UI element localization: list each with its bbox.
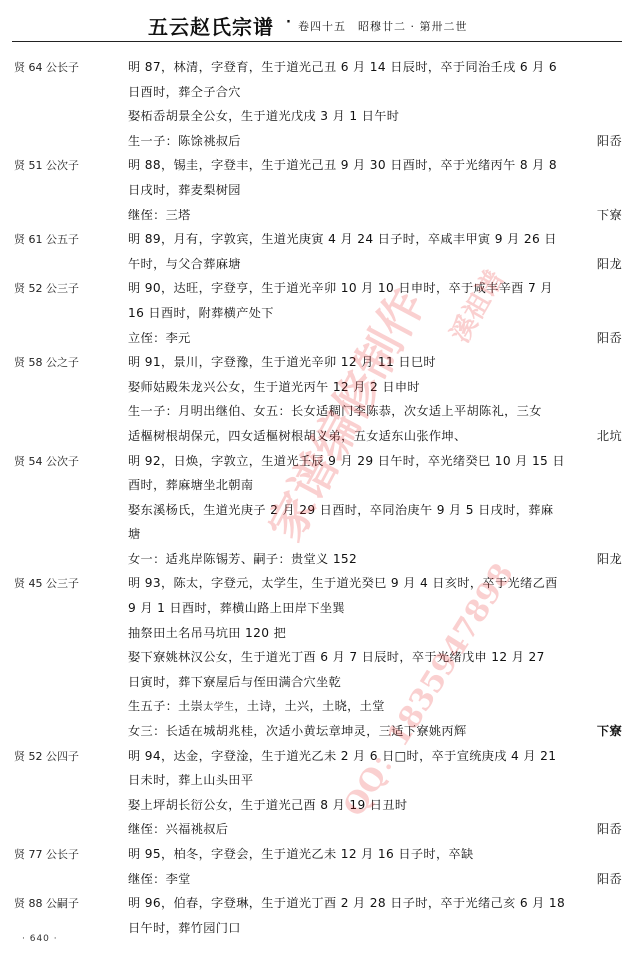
residence-location: 下寮	[597, 203, 622, 228]
entry-body: 明 88，锡圭，字登丰，生于道光己丑 9 月 30 日酉时，卒于光绪丙午 8 月…	[128, 153, 622, 227]
entry-line: 日戌时，葬麦梨树园	[128, 178, 622, 203]
entry-line-text: 明 89，月有，字敦宾，生道光庚寅 4 月 24 日子时，卒咸丰甲寅 9 月 2…	[128, 232, 557, 246]
entry-line: 塘	[128, 522, 622, 547]
entry-line-text: 塘	[128, 527, 141, 541]
entry-line: 明 92，日焕，字敦立，生道光壬辰 9 月 29 日午时，卒光绪癸巳 10 月 …	[128, 449, 622, 474]
entry-line-text: 生一子：陈馀祧叔后	[128, 134, 241, 148]
entry-line: 酉时，葬麻塘坐北朝南	[128, 473, 622, 498]
genealogy-entry: 贤 88 公嗣子明 96，伯春，字登琳，生于道光丁酉 2 月 28 日子时，卒于…	[0, 891, 635, 940]
entry-line-text: 明 90，达旺，字登亨，生于道光辛卯 10 月 10 日申时，卒于咸丰辛酉 7 …	[128, 281, 553, 295]
entry-line-text: 酉时，葬麻塘坐北朝南	[128, 478, 253, 492]
entry-line: 继侄：三塔下寮	[128, 203, 622, 228]
entry-line: 日未时，葬上山头田平	[128, 768, 622, 793]
entry-body: 明 93，陈太，字登元，太学生，生于道光癸巳 9 月 4 日亥时，卒于光绪乙酉9…	[128, 571, 622, 743]
residence-location: 北坑	[597, 424, 622, 449]
genealogy-entry: 贤 58 公之子明 91，景川，字登豫，生于道光辛卯 12 月 11 日巳时娶师…	[0, 350, 635, 448]
entry-body: 明 91，景川，字登豫，生于道光辛卯 12 月 11 日巳时娶师姑殿朱龙兴公女，…	[128, 350, 622, 448]
entry-line-text: 继侄：李堂	[128, 872, 191, 886]
entry-line-annotation: 太学生	[203, 702, 234, 713]
page-number: · 640 ·	[22, 934, 58, 944]
entry-line: 明 88，锡圭，字登丰，生于道光己丑 9 月 30 日酉时，卒于光绪丙午 8 月…	[128, 153, 622, 178]
entry-line-text-cont: ，土诗，土兴，土晓，土堂	[234, 699, 384, 713]
entry-lineage-label: 贤 64 公长子	[14, 55, 79, 80]
entry-line-text: 娶上坪胡长衍公女，生于道光己酉 8 月 19 日丑时	[128, 798, 407, 812]
entry-line: 9 月 1 日酉时，葬横山路上田岸下坐巽	[128, 596, 622, 621]
entry-lineage-label: 贤 61 公五子	[14, 227, 79, 252]
entry-lineage-label: 贤 54 公次子	[14, 449, 79, 474]
entry-lineage-label: 贤 52 公四子	[14, 744, 79, 769]
entry-line: 生五子：土崇太学生，土诗，土兴，土晓，土堂	[128, 694, 622, 719]
entry-line-text: 女三：长适在城胡兆桂，次适小黄坛章坤灵，三适下寮姚丙辉	[128, 724, 467, 738]
entry-line-text: 日未时，葬上山头田平	[128, 773, 253, 787]
entry-line: 日酉时，葬仝子合穴	[128, 80, 622, 105]
genealogy-title: 五云赵氏宗谱	[148, 11, 274, 40]
entry-line-text: 明 95，柏冬，字登会，生于道光乙未 12 月 16 日子时，卒缺	[128, 847, 474, 861]
genealogy-entry: 贤 52 公四子明 94，达金，字登淦，生于道光乙未 2 月 6 日□时，卒于宣…	[0, 744, 635, 842]
entry-line-text: 午时，与父合葬麻塘	[128, 257, 241, 271]
genealogy-entry: 贤 64 公长子明 87，林清，字登育，生于道光己丑 6 月 14 日辰时，卒于…	[0, 55, 635, 153]
entry-line: 娶柘岙胡景全公女，生于道光戊戌 3 月 1 日午时	[128, 104, 622, 129]
entry-line: 立侄：李元阳岙	[128, 326, 622, 351]
header-divider	[12, 41, 622, 42]
page-header: 五云赵氏宗谱 · 卷四十五 昭穆廿二 · 第卅二世	[0, 0, 635, 42]
entry-line: 明 87，林清，字登育，生于道光己丑 6 月 14 日辰时，卒于同治壬戌 6 月…	[128, 55, 622, 80]
entry-body: 明 95，柏冬，字登会，生于道光乙未 12 月 16 日子时，卒缺继侄：李堂阳岙	[128, 842, 622, 891]
entry-body: 明 87，林清，字登育，生于道光己丑 6 月 14 日辰时，卒于同治壬戌 6 月…	[128, 55, 622, 153]
entry-line: 生一子：陈馀祧叔后阳岙	[128, 129, 622, 154]
genealogy-entry: 贤 51 公次子明 88，锡圭，字登丰，生于道光己丑 9 月 30 日酉时，卒于…	[0, 153, 635, 227]
entry-lineage-label: 贤 51 公次子	[14, 153, 79, 178]
entry-line: 娶师姑殿朱龙兴公女，生于道光丙午 12 月 2 日申时	[128, 375, 622, 400]
entry-line: 抽祭田土名吊马坑田 120 把	[128, 621, 622, 646]
entry-line-text: 娶下寮姚林汉公女，生于道光丁酉 6 月 7 日辰时，卒于光绪戊申 12 月 27	[128, 650, 545, 664]
entry-line: 继侄：李堂阳岙	[128, 867, 622, 892]
entry-line-text: 明 96，伯春，字登琳，生于道光丁酉 2 月 28 日子时，卒于光绪己亥 6 月…	[128, 896, 565, 910]
entry-line: 明 96，伯春，字登琳，生于道光丁酉 2 月 28 日子时，卒于光绪己亥 6 月…	[128, 891, 622, 916]
entry-line: 日寅时，葬下寮屋后与侄田满合穴坐乾	[128, 670, 622, 695]
entry-line: 日午时，葬竹园门口	[128, 916, 622, 941]
entry-line-text: 生一子：月明出继伯、女五：长女适稠门李陈恭，次女适上平胡陈礼，三女	[128, 404, 542, 418]
entry-line: 明 94，达金，字登淦，生于道光乙未 2 月 6 日□时，卒于宣统庚戌 4 月 …	[128, 744, 622, 769]
entry-line: 明 89，月有，字敦宾，生道光庚寅 4 月 24 日子时，卒咸丰甲寅 9 月 2…	[128, 227, 622, 252]
entry-line: 继侄：兴福祧叔后阳岙	[128, 817, 622, 842]
entry-lineage-label: 贤 88 公嗣子	[14, 891, 79, 916]
entry-lineage-label: 贤 52 公三子	[14, 276, 79, 301]
entry-line-text: 明 87，林清，字登育，生于道光己丑 6 月 14 日辰时，卒于同治壬戌 6 月…	[128, 60, 557, 74]
entry-line-text: 适樞树根胡保元，四女适樞树根胡义弟，五女适东山张作坤、	[128, 429, 467, 443]
entry-line-text: 继侄：三塔	[128, 208, 191, 222]
residence-location: 阳岙	[597, 129, 622, 154]
genealogy-entry: 贤 45 公三子明 93，陈太，字登元，太学生，生于道光癸巳 9 月 4 日亥时…	[0, 571, 635, 743]
entry-line: 女三：长适在城胡兆桂，次适小黄坛章坤灵，三适下寮姚丙辉下寮	[128, 719, 622, 744]
residence-location: 阳岙	[597, 867, 622, 892]
entry-line-text: 明 88，锡圭，字登丰，生于道光己丑 9 月 30 日酉时，卒于光绪丙午 8 月…	[128, 158, 557, 172]
entry-line-text: 娶东溪杨氏，生道光庚子 2 月 29 日酉时，卒同治庚午 9 月 5 日戌时，葬…	[128, 503, 553, 517]
entry-line-text: 明 92，日焕，字敦立，生道光壬辰 9 月 29 日午时，卒光绪癸巳 10 月 …	[128, 454, 565, 468]
genealogy-entries: 贤 64 公长子明 87，林清，字登育，生于道光己丑 6 月 14 日辰时，卒于…	[0, 55, 635, 940]
entry-line: 娶下寮姚林汉公女，生于道光丁酉 6 月 7 日辰时，卒于光绪戊申 12 月 27	[128, 645, 622, 670]
entry-line: 娶上坪胡长衍公女，生于道光己酉 8 月 19 日丑时	[128, 793, 622, 818]
entry-line-text: 日午时，葬竹园门口	[128, 921, 241, 935]
residence-location: 下寮	[597, 719, 622, 744]
entry-body: 明 94，达金，字登淦，生于道光乙未 2 月 6 日□时，卒于宣统庚戌 4 月 …	[128, 744, 622, 842]
entry-line: 明 93，陈太，字登元，太学生，生于道光癸巳 9 月 4 日亥时，卒于光绪乙酉	[128, 571, 622, 596]
entry-line: 16 日酉时，附葬横产处下	[128, 301, 622, 326]
entry-line-text: 日酉时，葬仝子合穴	[128, 85, 241, 99]
genealogy-entry: 贤 77 公长子明 95，柏冬，字登会，生于道光乙未 12 月 16 日子时，卒…	[0, 842, 635, 891]
residence-location: 阳岙	[597, 817, 622, 842]
genealogy-entry: 贤 54 公次子明 92，日焕，字敦立，生道光壬辰 9 月 29 日午时，卒光绪…	[0, 449, 635, 572]
entry-body: 明 90，达旺，字登亨，生于道光辛卯 10 月 10 日申时，卒于咸丰辛酉 7 …	[128, 276, 622, 350]
entry-line-text: 继侄：兴福祧叔后	[128, 822, 228, 836]
entry-line-text: 日寅时，葬下寮屋后与侄田满合穴坐乾	[128, 675, 341, 689]
entry-line-text: 娶师姑殿朱龙兴公女，生于道光丙午 12 月 2 日申时	[128, 380, 420, 394]
entry-line: 明 90，达旺，字登亨，生于道光辛卯 10 月 10 日申时，卒于咸丰辛酉 7 …	[128, 276, 622, 301]
entry-line: 适樞树根胡保元，四女适樞树根胡义弟，五女适东山张作坤、北坑	[128, 424, 622, 449]
entry-line: 明 91，景川，字登豫，生于道光辛卯 12 月 11 日巳时	[128, 350, 622, 375]
residence-location: 阳龙	[597, 547, 622, 572]
entry-line-text: 明 91，景川，字登豫，生于道光辛卯 12 月 11 日巳时	[128, 355, 436, 369]
genealogy-entry: 贤 61 公五子明 89，月有，字敦宾，生道光庚寅 4 月 24 日子时，卒咸丰…	[0, 227, 635, 276]
entry-line: 女一：适兆岸陈锡芳、嗣子：贵堂义 152阳龙	[128, 547, 622, 572]
entry-line-text: 抽祭田土名吊马坑田 120 把	[128, 626, 286, 640]
entry-line-text: 明 93，陈太，字登元，太学生，生于道光癸巳 9 月 4 日亥时，卒于光绪乙酉	[128, 576, 558, 590]
entry-line: 生一子：月明出继伯、女五：长女适稠门李陈恭，次女适上平胡陈礼，三女	[128, 399, 622, 424]
title-separator-dot: ·	[286, 15, 291, 30]
entry-line: 午时，与父合葬麻塘阳龙	[128, 252, 622, 277]
entry-line-text: 16 日酉时，附葬横产处下	[128, 306, 274, 320]
entry-line-text: 9 月 1 日酉时，葬横山路上田岸下坐巽	[128, 601, 345, 615]
entry-line: 娶东溪杨氏，生道光庚子 2 月 29 日酉时，卒同治庚午 9 月 5 日戌时，葬…	[128, 498, 622, 523]
entry-lineage-label: 贤 58 公之子	[14, 350, 79, 375]
entry-line-text: 娶柘岙胡景全公女，生于道光戊戌 3 月 1 日午时	[128, 109, 399, 123]
entry-line-text: 生五子：土崇	[128, 699, 203, 713]
entry-line-text: 立侄：李元	[128, 331, 191, 345]
entry-body: 明 96，伯春，字登琳，生于道光丁酉 2 月 28 日子时，卒于光绪己亥 6 月…	[128, 891, 622, 940]
entry-line-text: 女一：适兆岸陈锡芳、嗣子：贵堂义 152	[128, 552, 357, 566]
volume-subtitle: 卷四十五 昭穆廿二 · 第卅二世	[298, 18, 468, 34]
genealogy-entry: 贤 52 公三子明 90，达旺，字登亨，生于道光辛卯 10 月 10 日申时，卒…	[0, 276, 635, 350]
residence-location: 阳岙	[597, 326, 622, 351]
entry-lineage-label: 贤 45 公三子	[14, 571, 79, 596]
entry-body: 明 89，月有，字敦宾，生道光庚寅 4 月 24 日子时，卒咸丰甲寅 9 月 2…	[128, 227, 622, 276]
entry-body: 明 92，日焕，字敦立，生道光壬辰 9 月 29 日午时，卒光绪癸巳 10 月 …	[128, 449, 622, 572]
entry-line-text: 明 94，达金，字登淦，生于道光乙未 2 月 6 日□时，卒于宣统庚戌 4 月 …	[128, 749, 556, 763]
entry-lineage-label: 贤 77 公长子	[14, 842, 79, 867]
entry-line: 明 95，柏冬，字登会，生于道光乙未 12 月 16 日子时，卒缺	[128, 842, 622, 867]
entry-line-text: 日戌时，葬麦梨树园	[128, 183, 241, 197]
residence-location: 阳龙	[597, 252, 622, 277]
